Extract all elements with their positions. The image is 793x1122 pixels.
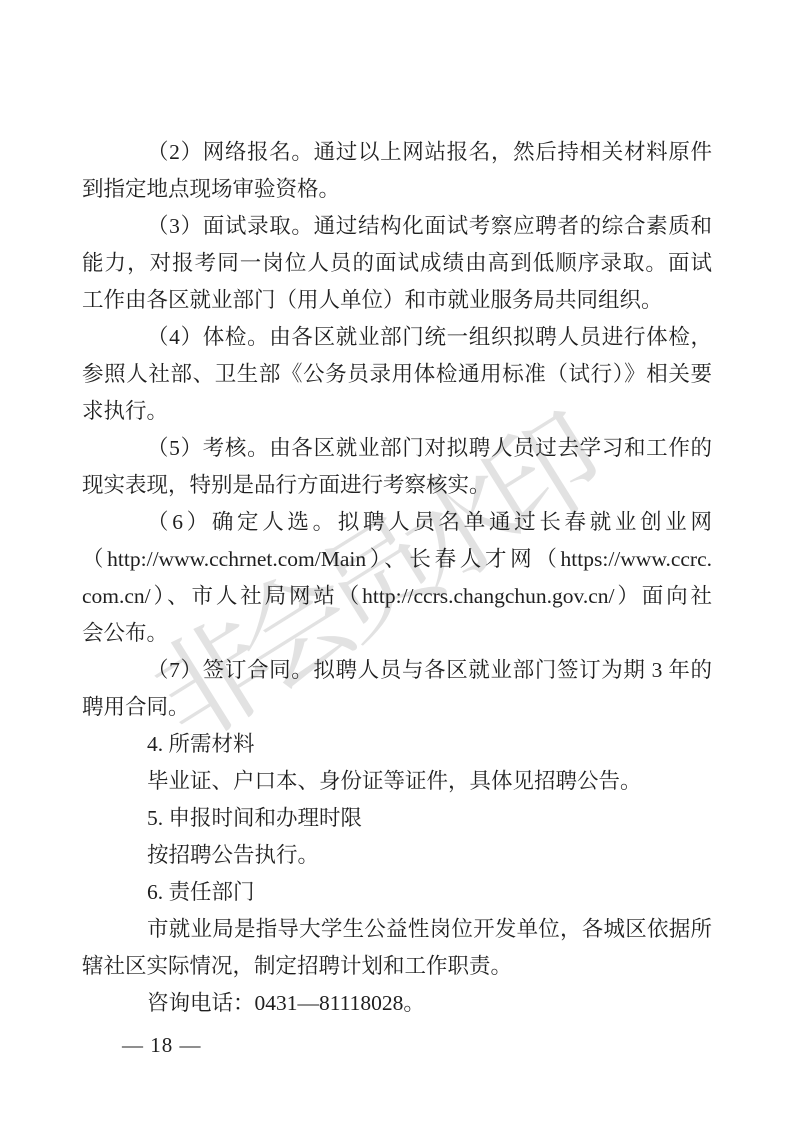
text-line: 能力，对报考同一岗位人员的面试成绩由高到低顺序录取。面试 [82, 245, 712, 282]
text-line: com.cn/）、市人社局网站（http://ccrs.changchun.go… [82, 578, 712, 615]
text-line: 4. 所需材料 [82, 726, 712, 763]
text-line: （6）确定人选。拟聘人员名单通过长春就业创业网 [82, 504, 712, 541]
text-line: 按招聘公告执行。 [82, 837, 712, 874]
text-line: 到指定地点现场审验资格。 [82, 171, 712, 208]
document-body: （2）网络报名。通过以上网站报名，然后持相关材料原件到指定地点现场审验资格。（3… [82, 134, 712, 1022]
text-line: 参照人社部、卫生部《公务员录用体检通用标准（试行）》相关要 [82, 356, 712, 393]
text-line: （4）体检。由各区就业部门统一组织拟聘人员进行体检， [82, 319, 712, 356]
text-line: （3）面试录取。通过结构化面试考察应聘者的综合素质和 [82, 208, 712, 245]
text-line: 5. 申报时间和办理时限 [82, 800, 712, 837]
text-line: 6. 责任部门 [82, 874, 712, 911]
text-line: （7）签订合同。拟聘人员与各区就业部门签订为期 3 年的 [82, 652, 712, 689]
text-line: 咨询电话：0431—81118028。 [82, 985, 712, 1022]
document-page: 非会员水印 （2）网络报名。通过以上网站报名，然后持相关材料原件到指定地点现场审… [0, 0, 793, 1122]
text-line: 会公布。 [82, 615, 712, 652]
text-line: 求执行。 [82, 393, 712, 430]
text-line: 现实表现，特别是品行方面进行考察核实。 [82, 467, 712, 504]
text-line: 毕业证、户口本、身份证等证件，具体见招聘公告。 [82, 763, 712, 800]
text-line: （http://www.cchrnet.com/Main）、长春人才网（http… [82, 541, 712, 578]
text-line: 工作由各区就业部门（用人单位）和市就业服务局共同组织。 [82, 282, 712, 319]
page-number: — 18 — [122, 1030, 202, 1060]
text-line: （2）网络报名。通过以上网站报名，然后持相关材料原件 [82, 134, 712, 171]
text-line: 聘用合同。 [82, 689, 712, 726]
text-line: 市就业局是指导大学生公益性岗位开发单位，各城区依据所 [82, 911, 712, 948]
text-line: （5）考核。由各区就业部门对拟聘人员过去学习和工作的 [82, 430, 712, 467]
text-line: 辖社区实际情况，制定招聘计划和工作职责。 [82, 948, 712, 985]
